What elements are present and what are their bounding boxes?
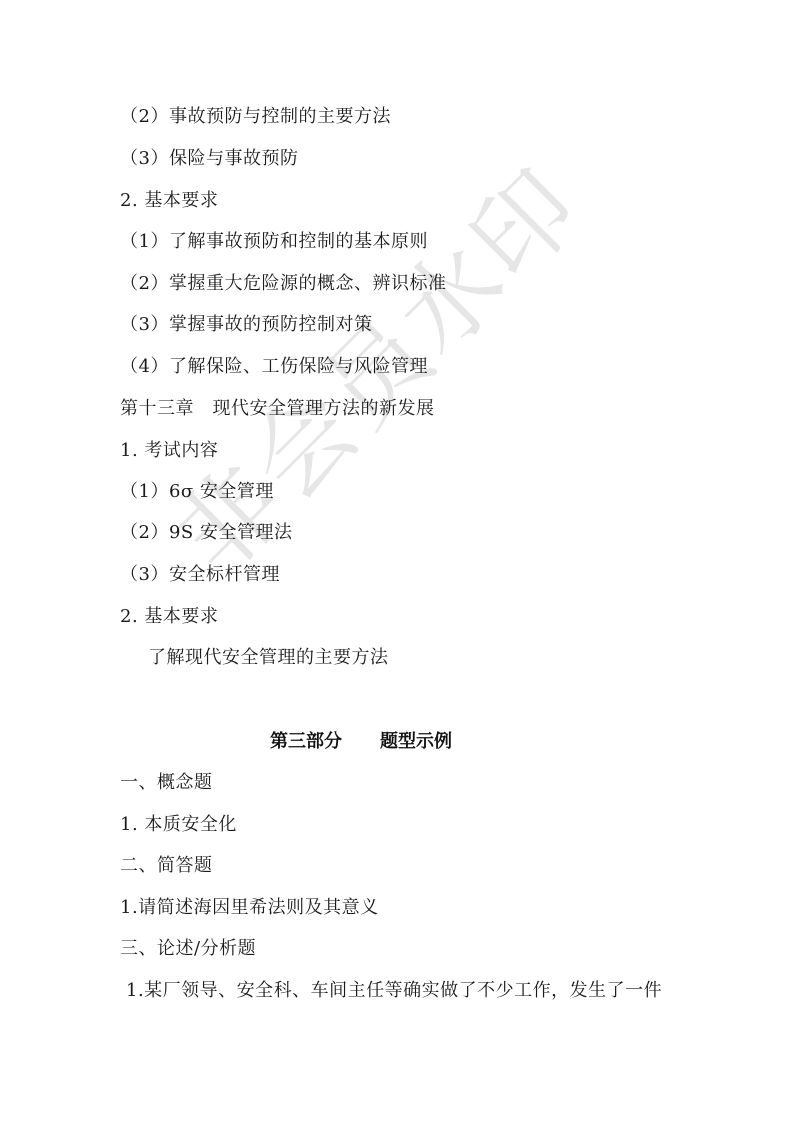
subsection-basic-requirements: 2. 基本要求 [120,190,218,212]
short-answer-question-1: 1.请简述海因里希法则及其意义 [120,897,379,919]
content-item-6sigma: （1）6σ 安全管理 [120,481,274,503]
question-type-essay: 三、论述/分析题 [120,938,256,960]
concept-question-1: 1. 本质安全化 [120,814,237,836]
document-page: 非会员水印 （2）事故预防与控制的主要方法 （3）保险与事故预防 2. 基本要求… [0,0,793,1122]
question-type-short-answer: 二、简答题 [120,855,213,877]
content-item-9s: （2）9S 安全管理法 [120,522,292,544]
requirement-item-2: （2）掌握重大危险源的概念、辨识标准 [120,273,446,295]
content-item-2-accident-prevention-methods: （2）事故预防与控制的主要方法 [120,106,391,128]
requirement-item-4: （4）了解保险、工伤保险与风险管理 [120,356,428,378]
content-item-benchmark: （3）安全标杆管理 [120,564,280,586]
subsection-exam-content: 1. 考试内容 [120,440,218,462]
requirement-modern-methods: 了解现代安全管理的主要方法 [148,647,389,669]
section-heading: 第三部分题型示例 [270,731,452,753]
section-heading-title: 题型示例 [380,731,452,752]
essay-question-1: 1.某厂领导、安全科、车间主任等确实做了不少工作，发生了一件 [126,980,662,1002]
section-heading-part: 第三部分 [270,731,342,752]
requirement-item-3: （3）掌握事故的预防控制对策 [120,314,372,336]
subsection-basic-requirements-2: 2. 基本要求 [120,606,218,628]
content-item-3-insurance: （3）保险与事故预防 [120,148,298,170]
requirement-item-1: （1）了解事故预防和控制的基本原则 [120,231,428,253]
chapter-13-title: 第十三章 现代安全管理方法的新发展 [120,398,435,420]
question-type-concept: 一、概念题 [120,772,213,794]
